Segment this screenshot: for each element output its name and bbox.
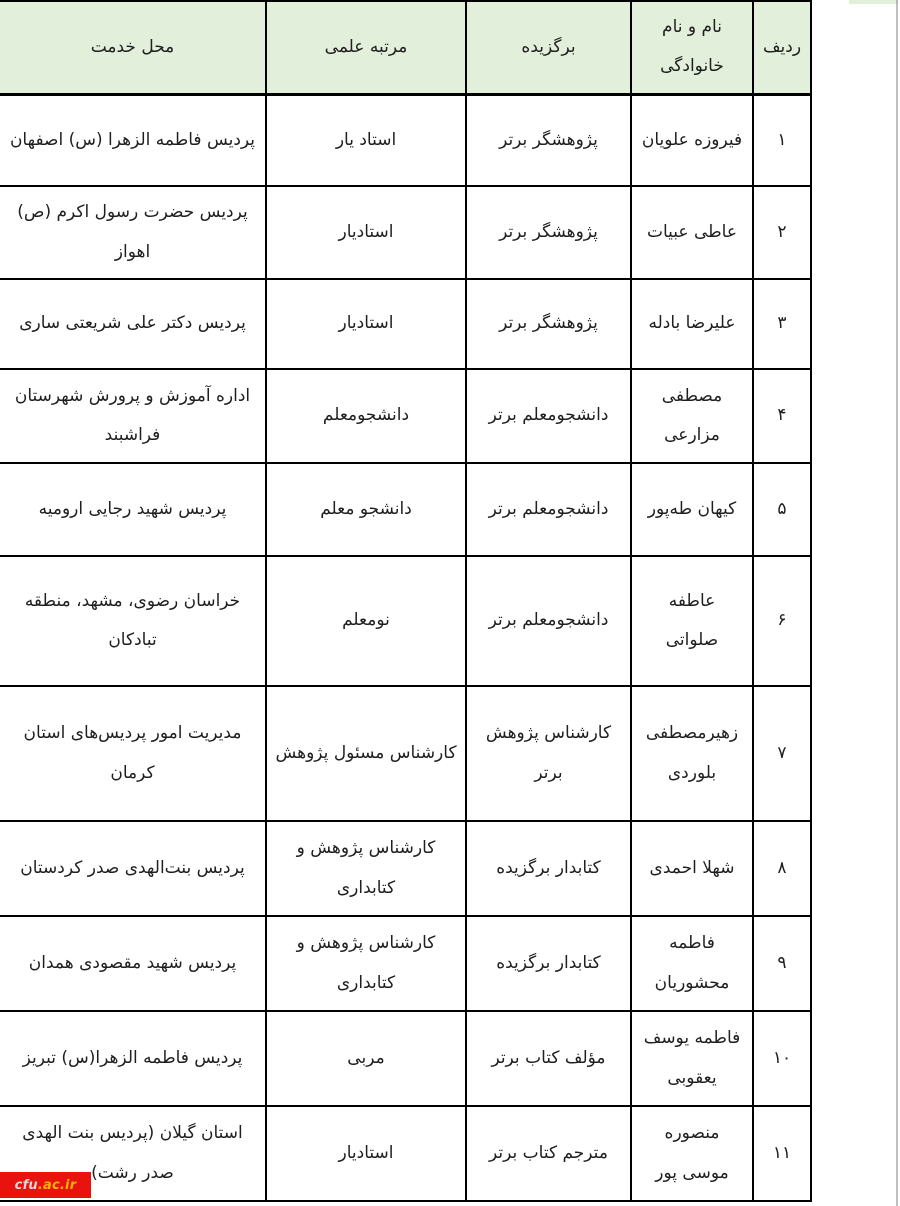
cell-location: پردیس دکتر علی شریعتی ساری	[0, 279, 266, 369]
cell-name: عاطفه صلواتی	[631, 556, 753, 686]
table-row: ۹ فاطمه محشوریان کتابدار برگزیده کارشناس…	[0, 916, 811, 1011]
awards-table: ردیف نام و نام خانوادگی برگزیده مرتبه عل…	[0, 0, 812, 1202]
cell-name: علیرضا بادله	[631, 279, 753, 369]
cell-row-no: ۱۱	[753, 1106, 811, 1201]
cell-location: پردیس فاطمه الزهرا (س) اصفهان	[0, 94, 266, 186]
cell-location: پردیس شهید رجایی ارومیه	[0, 463, 266, 556]
cell-selected: دانشجومعلم برتر	[466, 369, 631, 463]
cell-selected: کارشناس پژوهش برتر	[466, 686, 631, 821]
cell-rank: کارشناس پژوهش و کتابداری	[266, 821, 466, 916]
table-row: ۱۰ فاطمه یوسف یعقوبی مؤلف کتاب برتر مربی…	[0, 1011, 811, 1106]
page-crop-green-sliver	[849, 0, 898, 4]
cell-rank: استادیار	[266, 1106, 466, 1201]
table-row: ۱۱ منصوره موسی پور مترجم کتاب برتر استاد…	[0, 1106, 811, 1201]
cell-location: پردیس فاطمه الزهرا(س) تبریز	[0, 1011, 266, 1106]
cell-selected: پژوهشگر برتر	[466, 94, 631, 186]
cell-location: اداره آموزش و پرورش شهرستان فراشبند	[0, 369, 266, 463]
table-row: ۶ عاطفه صلواتی دانشجومعلم برتر نومعلم خر…	[0, 556, 811, 686]
header-name: نام و نام خانوادگی	[631, 1, 753, 94]
cell-row-no: ۳	[753, 279, 811, 369]
cell-name: عاطی عبیات	[631, 186, 753, 279]
cell-row-no: ۶	[753, 556, 811, 686]
cell-selected: مؤلف کتاب برتر	[466, 1011, 631, 1106]
header-selected: برگزیده	[466, 1, 631, 94]
cell-selected: مترجم کتاب برتر	[466, 1106, 631, 1201]
cell-row-no: ۲	[753, 186, 811, 279]
cell-selected: پژوهشگر برتر	[466, 279, 631, 369]
cell-rank: استاد یار	[266, 94, 466, 186]
cell-location: پردیس حضرت رسول اکرم (ص) اهواز	[0, 186, 266, 279]
table-row: ۲ عاطی عبیات پژوهشگر برتر استادیار پردیس…	[0, 186, 811, 279]
table-row: ۴ مصطفی مزارعی دانشجومعلم برتر دانشجومعل…	[0, 369, 811, 463]
cell-selected: پژوهشگر برتر	[466, 186, 631, 279]
cell-location: خراسان رضوی، مشهد، منطقه تبادکان	[0, 556, 266, 686]
cell-row-no: ۹	[753, 916, 811, 1011]
cell-row-no: ۴	[753, 369, 811, 463]
cell-rank: استادیار	[266, 279, 466, 369]
cell-rank: دانشجومعلم	[266, 369, 466, 463]
cell-name: فاطمه محشوریان	[631, 916, 753, 1011]
cell-location: پردیس شهید مقصودی همدان	[0, 916, 266, 1011]
cell-selected: دانشجومعلم برتر	[466, 463, 631, 556]
table-row: ۵ کیهان طه‌پور دانشجومعلم برتر دانشجو مع…	[0, 463, 811, 556]
cell-rank: کارشناس پژوهش و کتابداری	[266, 916, 466, 1011]
cell-name: کیهان طه‌پور	[631, 463, 753, 556]
table-row: ۳ علیرضا بادله پژوهشگر برتر استادیار پرد…	[0, 279, 811, 369]
cell-name: منصوره موسی پور	[631, 1106, 753, 1201]
cell-selected: دانشجومعلم برتر	[466, 556, 631, 686]
cell-location: پردیس بنت‌الهدی صدر کردستان	[0, 821, 266, 916]
table-row: ۸ شهلا احمدی کتابدار برگزیده کارشناس پژو…	[0, 821, 811, 916]
cell-row-no: ۱۰	[753, 1011, 811, 1106]
cell-row-no: ۷	[753, 686, 811, 821]
cell-row-no: ۸	[753, 821, 811, 916]
cell-rank: مربی	[266, 1011, 466, 1106]
watermark-prefix: cfu	[15, 1178, 38, 1193]
header-location: محل خدمت	[0, 1, 266, 94]
header-row-no: ردیف	[753, 1, 811, 94]
header-rank: مرتبه علمی	[266, 1, 466, 94]
cell-selected: کتابدار برگزیده	[466, 821, 631, 916]
cell-row-no: ۵	[753, 463, 811, 556]
cell-rank: دانشجو معلم	[266, 463, 466, 556]
cfu-watermark: cfu.ac.ir	[0, 1172, 91, 1198]
document-page: ردیف نام و نام خانوادگی برگزیده مرتبه عل…	[0, 0, 900, 1206]
table-header-row: ردیف نام و نام خانوادگی برگزیده مرتبه عل…	[0, 1, 811, 94]
cell-rank: کارشناس مسئول پژوهش	[266, 686, 466, 821]
cell-name: فیروزه علویان	[631, 94, 753, 186]
cell-rank: نومعلم	[266, 556, 466, 686]
watermark-suffix: .ac.ir	[38, 1178, 76, 1193]
cell-location: مدیریت امور پردیس‌های استان کرمان	[0, 686, 266, 821]
cell-selected: کتابدار برگزیده	[466, 916, 631, 1011]
table-row: ۱ فیروزه علویان پژوهشگر برتر استاد یار پ…	[0, 94, 811, 186]
cell-name: فاطمه یوسف یعقوبی	[631, 1011, 753, 1106]
table-row: ۷ زهیرمصطفی بلوردی کارشناس پژوهش برتر کا…	[0, 686, 811, 821]
cell-name: مصطفی مزارعی	[631, 369, 753, 463]
page-margin-line	[896, 0, 898, 1206]
cell-name: زهیرمصطفی بلوردی	[631, 686, 753, 821]
cell-rank: استادیار	[266, 186, 466, 279]
cell-row-no: ۱	[753, 94, 811, 186]
cell-name: شهلا احمدی	[631, 821, 753, 916]
